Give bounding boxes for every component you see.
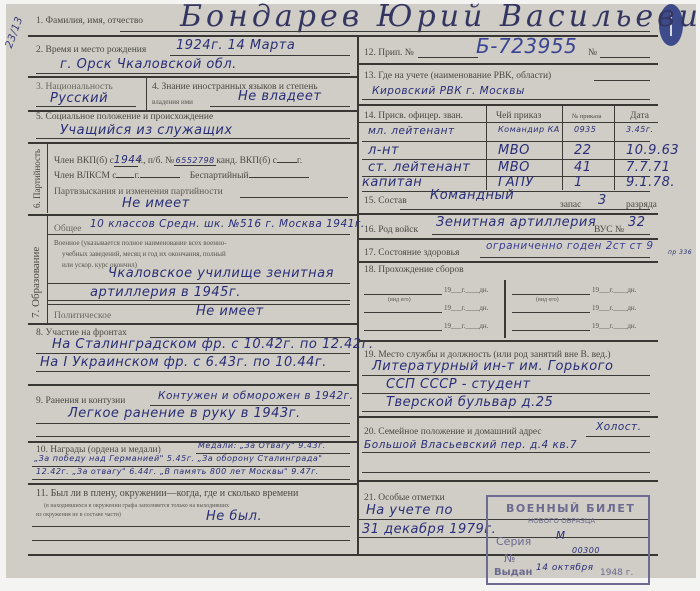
- field-4-value: Не владеет: [238, 90, 321, 103]
- field-10-value-2: „За победу над Германией" 5.45г. „За обо…: [34, 455, 322, 463]
- rank-table-cell: Командир КА: [498, 126, 560, 134]
- political-education-label: Политическое: [54, 312, 111, 322]
- field-2-label: 2. Время и место рождения: [36, 46, 146, 56]
- rank-table-cell: л-нт: [368, 144, 399, 157]
- training-date-template: 19___г.____дн.: [444, 287, 488, 294]
- rank-table-cell: 7.7.71: [626, 161, 670, 174]
- field-16-value: Зенитная артиллерия: [436, 216, 596, 229]
- field-11-label-2: (в находившихся в окружении графа заполн…: [44, 503, 229, 509]
- nonparty-label: Беспартийный: [190, 171, 249, 181]
- field-11-value: Не был.: [206, 510, 262, 523]
- field-4-label-2: владения ими: [152, 99, 193, 106]
- field-12-value: Б-723955: [476, 36, 577, 56]
- stamp-issued-year: 1948 г.: [600, 568, 633, 578]
- party-penalties-value: Не имеет: [122, 197, 190, 210]
- field-8-value-2: На I Украинском фр. с 6.43г. по 10.44г.: [40, 356, 327, 369]
- field-5-value: Учащийся из служащих: [60, 124, 233, 137]
- field-12-label: 12. Прип. №: [364, 49, 414, 59]
- field-21-value-2: 31 декабря 1979г.: [362, 523, 496, 536]
- training-date-template: 19___г.____дн.: [592, 323, 636, 330]
- field-21-value-1: На учете по: [366, 504, 453, 517]
- training-date-template: 19___г.____дн.: [444, 305, 488, 312]
- stamp-issued-value: 14 октября: [536, 564, 594, 573]
- stamp-subtitle: НОВОГО ОБРАЗЦА: [528, 517, 595, 525]
- field-20-value-1: Холост.: [596, 422, 641, 433]
- rank-table-cell: ст. лейтенант: [368, 161, 470, 174]
- field-12-suffix: №: [588, 49, 597, 59]
- party-card-label: г., п/б. №: [138, 156, 174, 166]
- field-3-value: Русский: [50, 92, 108, 105]
- rank-table-cell: МВО: [498, 144, 530, 157]
- field-11-label-3: из окружения не в составе части): [36, 512, 121, 518]
- military-education-label-1: Военное (указывается полное наименование…: [54, 240, 227, 247]
- training-date-template: 19___г.____дн.: [592, 287, 636, 294]
- field-8-value-1: На Сталинградском фр. с 10.42г. по 12.42…: [52, 338, 374, 351]
- stamp-number-value: 00300: [572, 547, 600, 555]
- party-side-label: 6. Партийность: [32, 149, 42, 208]
- stamp-title: ВОЕННЫЙ БИЛЕТ: [506, 502, 635, 515]
- field-16-label: 16. Род войск: [364, 226, 418, 236]
- general-education-value: 10 классов Средн. шк. №516 г. Москва 194…: [90, 219, 365, 230]
- komsomol-suffix: г.: [134, 171, 139, 181]
- rank-table-cell: 10.9.63: [626, 144, 679, 157]
- rank-table-cell: 0935: [574, 126, 596, 134]
- field-10-value-3: 12.42г. „За отвагу" 6.44г. „В память 800…: [36, 468, 319, 476]
- rank-table-cell: 1: [574, 176, 583, 189]
- rank-table-cell: мл. лейтенант: [368, 126, 455, 137]
- field-20-value-2: Большой Власьевский пер. д.4 кв.7: [364, 440, 577, 451]
- rank-table-cell: МВО: [498, 161, 530, 174]
- party-candidate-label: канд. ВКП(б) с: [216, 156, 277, 166]
- stamp-issued-label: Выдан: [494, 567, 532, 578]
- military-id-stamp: ВОЕННЫЙ БИЛЕТ НОВОГО ОБРАЗЦА Серия М № 0…: [486, 495, 650, 585]
- training-date-template: 19___г.____дн.: [592, 305, 636, 312]
- field-11-label-1: 11. Был ли в плену, окружении—когда, где…: [36, 489, 298, 499]
- stamp-series-value: М: [556, 531, 566, 542]
- field-9-value-1: Контужен и обморожен в 1942г.: [158, 391, 353, 402]
- field-15-value: Командный: [430, 189, 514, 202]
- training-kind-label: (вид его): [536, 297, 559, 303]
- rank-table-cell: 3.45г.: [626, 126, 654, 134]
- field-1-value: Бондарев Юрий Васильевич: [180, 2, 700, 32]
- stamp-series-label: Серия: [496, 535, 531, 548]
- party-member-year: 1944: [114, 155, 138, 167]
- field-20-label: 20. Семейное положение и домашний адрес: [364, 428, 542, 438]
- rank-table-cell: 41: [574, 161, 592, 174]
- military-education-value-1: Чкаловское училище зенитная: [108, 267, 334, 280]
- field-15-label: 15. Состав: [364, 197, 407, 207]
- field-19-value-1: Литературный ин-т им. Горького: [372, 360, 613, 373]
- rank-table-cell: 9.1.78.: [626, 176, 675, 189]
- military-education-label-2: учебных заведений, месяц и год их оконча…: [62, 251, 226, 258]
- party-card-number: 6552798: [174, 157, 216, 166]
- political-education-value: Не имеет: [196, 305, 264, 318]
- field-19-value-3: Тверской бульвар д.25: [386, 396, 553, 409]
- training-date-template: 19___г.____дн.: [444, 323, 488, 330]
- field-17-value: ограниченно годен 2ст ст 9: [486, 241, 654, 252]
- field-5-label: 5. Социальное положение и происхождение: [36, 113, 213, 123]
- field-17-label: 17. Состояние здоровья: [364, 249, 459, 259]
- education-side-label: 7. Образование: [30, 247, 42, 318]
- field-2-value-2: г. Орск Чкаловской обл.: [60, 58, 237, 71]
- field-17-note: пр 336: [668, 250, 692, 256]
- field-13-label: 13. Где на учете (наименование РВК, обла…: [364, 72, 551, 82]
- rank-table-cell: капитан: [362, 176, 422, 189]
- rank-table-header: Дата: [630, 112, 649, 122]
- rank-table-header: 14. Присв. офицер. зван.: [364, 112, 463, 122]
- training-kind-label: (вид его): [388, 297, 411, 303]
- field-2-value-1: 1924г. 14 Марта: [176, 39, 295, 52]
- komsomol-label: Член ВЛКСМ с: [54, 171, 116, 181]
- party-member-label: Член ВКП(б) с: [54, 156, 114, 166]
- field-13-value: Кировский РВК г. Москвы: [372, 86, 525, 97]
- rank-table-header: Чей приказ: [496, 112, 541, 122]
- reserve-category: 3: [598, 194, 607, 207]
- rank-table-cell: 22: [574, 144, 592, 157]
- stamp-number-label: №: [504, 552, 515, 565]
- field-9-value-2: Легкое ранение в руку в 1943г.: [68, 407, 301, 420]
- vus-value: 32: [628, 216, 646, 229]
- rank-table-header: № приказа: [572, 114, 601, 121]
- field-18-label: 18. Прохождение сборов: [364, 266, 464, 276]
- field-10-value-1: Медали: „За Отвагу" 9.43г.: [198, 442, 326, 450]
- field-1-label: 1. Фамилия, имя, отчество: [36, 17, 143, 27]
- field-19-value-2: ССП СССР - студент: [386, 378, 531, 391]
- party-candidate-suffix: г.: [297, 156, 302, 166]
- military-education-value-2: артиллерия в 1945г.: [90, 286, 241, 299]
